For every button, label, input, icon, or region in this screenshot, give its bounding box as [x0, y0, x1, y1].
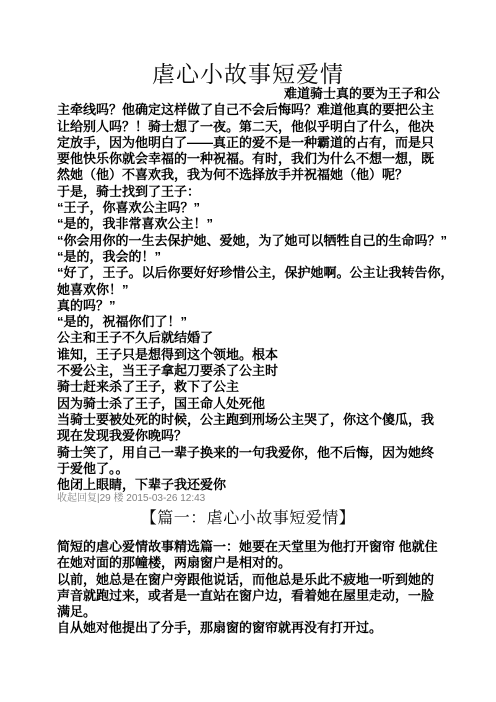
story-line: 定放手，因为他明白了——真正的爱不是一种霸道的占有，而是只 — [57, 135, 440, 151]
story-line: 他闭上眼睛，下辈子我还爱你 — [57, 477, 440, 493]
story-line: 现在发现我爱你晚吗？ — [57, 428, 440, 444]
story-line: 不爱公主，当王子拿起刀要杀了公主时 — [57, 363, 440, 379]
story-line: 于是，骑士找到了王子： — [57, 184, 440, 200]
collapse-reply-link[interactable]: 收起回复 — [57, 493, 97, 504]
story-line: “你会用你的一生去保护她、爱她，为了她可以牺牲自己的生命吗？” — [57, 233, 440, 249]
page-title: 虐心小故事短爱情 — [0, 56, 496, 89]
reply-meta-bar: 收起回复|29 楼 2015-03-26 12:43 — [57, 493, 205, 505]
story-line: “是的，祝福你们了！” — [57, 314, 440, 330]
story-line: “王子，你喜欢公主吗？” — [57, 200, 440, 216]
story-line: 真的吗？” — [57, 298, 440, 314]
story-line: 要他快乐你就会幸福的一种祝福。有时，我们为什么不想一想，既 — [57, 151, 440, 167]
story-line: 谁知，王子只是想得到这个领地。根本 — [57, 347, 440, 363]
section-line: 满足。 — [57, 604, 440, 620]
story-line: 当骑士要被处死的时候，公主跑到刑场公主哭了，你这个傻瓜，我 — [57, 412, 440, 428]
section-line: 以前，她总是在窗户旁跟他说话，而他总是乐此不疲地一听到她的 — [57, 572, 440, 588]
story-line: 主牵线吗？他确定这样做了自己不会后悔吗？难道他真的要把公主 — [57, 102, 440, 118]
story-line: “好了，王子。以后你要好好珍惜公主，保护她啊。公主让我转告你， — [57, 265, 440, 281]
story-line: 公主和王子不久后就结婚了 — [57, 330, 440, 346]
section-line: 简短的虐心爱情故事精选篇一：她要在天堂里为他打开窗帘 他就住 — [57, 539, 440, 555]
section-line: 声音就跑过来，或者是一直站在窗户边，看着她在屋里走动，一脸 — [57, 588, 440, 604]
story-line: 因为骑士杀了王子，国王命人处死他 — [57, 396, 440, 412]
section-line: 自从她对他提出了分手，那扇窗的窗帘就再没有打开过。 — [57, 620, 440, 636]
document-page: 虐心小故事短爱情 难道骑士真的要为王子和公主牵线吗？他确定这样做了自己不会后悔吗… — [0, 0, 496, 702]
section-one-text-block: 简短的虐心爱情故事精选篇一：她要在天堂里为他打开窗帘 他就住在她对面的那幢楼，两… — [57, 539, 440, 637]
story-line: 让给别人吗？！骑士想了一夜。第二天，他似乎明白了什么，他决 — [57, 119, 440, 135]
story-line: 她喜欢你！” — [57, 282, 440, 298]
section-heading: 【篇一：虐心小故事短爱情】 — [0, 505, 496, 528]
floor-and-timestamp: |29 楼 2015-03-26 12:43 — [97, 493, 205, 504]
section-line: 在她对面的那幢楼，两扇窗户是相对的。 — [57, 555, 440, 571]
story-line: 于爱他了。。 — [57, 461, 440, 477]
story-text-block: 难道骑士真的要为王子和公主牵线吗？他确定这样做了自己不会后悔吗？难道他真的要把公… — [57, 86, 440, 493]
story-line: “是的，我非常喜欢公主！” — [57, 216, 440, 232]
story-line: 然她（他）不喜欢我，我为何不选择放手并祝福她（他）呢？ — [57, 167, 440, 183]
story-line: 骑士笑了，用自己一辈子换来的一句我爱你，他不后悔，因为她终 — [57, 445, 440, 461]
story-line: 难道骑士真的要为王子和公 — [57, 86, 440, 102]
story-line: “是的，我会的！” — [57, 249, 440, 265]
story-line: 骑士赶来杀了王子，救下了公主 — [57, 379, 440, 395]
